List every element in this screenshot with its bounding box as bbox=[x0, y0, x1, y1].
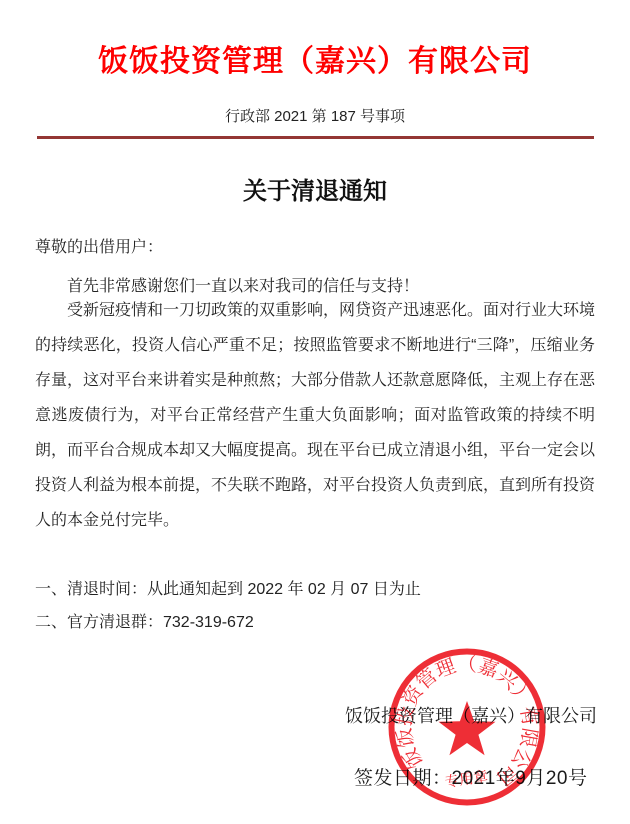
item-liquidation-deadline: 一、清退时间：从此通知起到 2022 年 02 月 07 日为止 bbox=[35, 576, 595, 599]
signature-company-name: 饭饭投资管理（嘉兴）有限公司 bbox=[0, 702, 597, 728]
notice-title: 关于清退通知 bbox=[0, 171, 630, 206]
notice-body-paragraph: 受新冠疫情和一刀切政策的双重影响，网贷资产迅速恶化。面对行业大环境的持续恶化，投… bbox=[35, 293, 595, 538]
document-number-line: 行政部 2021 第 187 号事项 bbox=[0, 105, 630, 126]
letterhead-divider-rule bbox=[37, 136, 594, 139]
notice-document-page: 饭饭投资管理（嘉兴）有限公司 行政部 2021 第 187 号事项 关于清退通知… bbox=[0, 0, 630, 824]
salutation-line: 尊敬的出借用户： bbox=[35, 234, 595, 257]
item-official-group-number: 二、官方清退群：732-319-672 bbox=[35, 609, 595, 632]
issue-date-line: 签发日期：2021年9月20号 bbox=[354, 763, 587, 790]
letterhead-company-title: 饭饭投资管理（嘉兴）有限公司 bbox=[0, 36, 630, 80]
